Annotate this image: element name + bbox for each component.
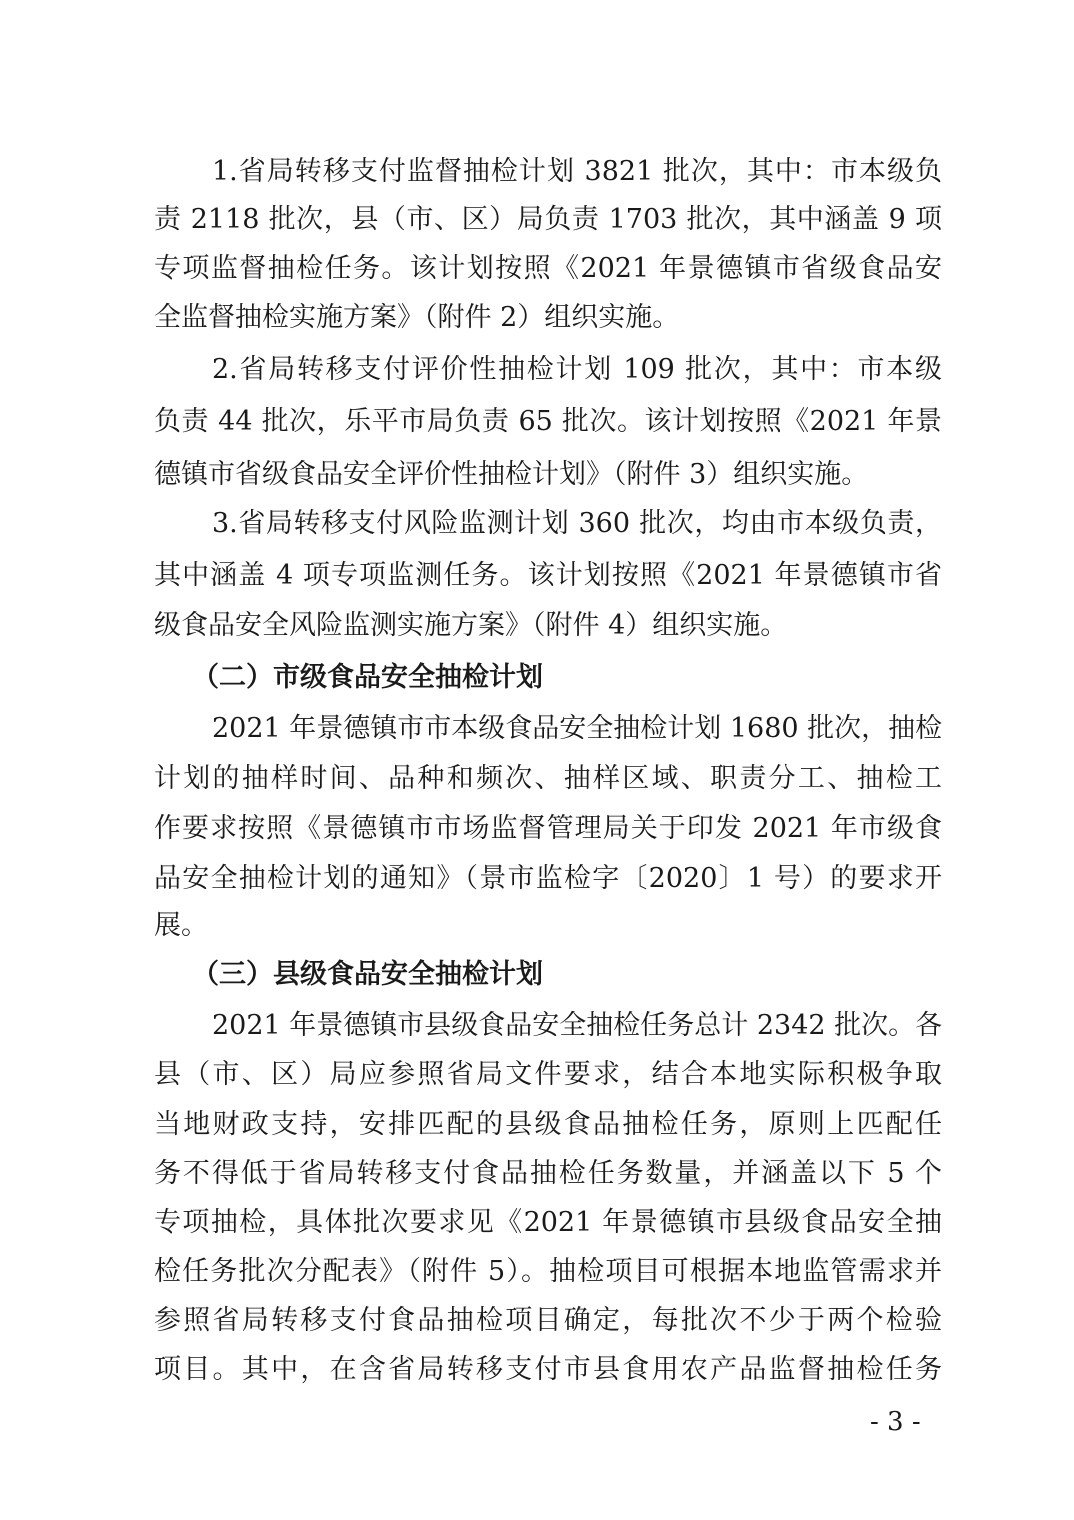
paragraph-line: 务不得低于省局转移支付食品抽检任务数量，并涵盖以下 5 个 xyxy=(154,1154,942,1194)
paragraph-line: 责 2118 批次，县（市、区）局负责 1703 批次，其中涵盖 9 项 xyxy=(154,200,942,240)
paragraph-line: 1.省局转移支付监督抽检计划 3821 批次，其中：市本级负 xyxy=(212,152,942,192)
paragraph-line: 检任务批次分配表》（附件 5）。抽检项目可根据本地监管需求并 xyxy=(154,1252,942,1292)
paragraph-line: 2.省局转移支付评价性抽检计划 109 批次，其中：市本级 xyxy=(212,350,942,390)
paragraph-line: 德镇市省级食品安全评价性抽检计划》（附件 3）组织实施。 xyxy=(154,455,942,495)
paragraph-line: 当地财政支持，安排匹配的县级食品抽检任务，原则上匹配任 xyxy=(154,1105,942,1145)
paragraph-line: 2021 年景德镇市县级食品安全抽检任务总计 2342 批次。各 xyxy=(212,1006,942,1046)
paragraph-line: 3.省局转移支付风险监测计划 360 批次，均由市本级负责， xyxy=(212,504,942,544)
paragraph-line: 品安全抽检计划的通知》（景市监检字〔2020〕1 号）的要求开 xyxy=(154,859,942,899)
paragraph-line: 级食品安全风险监测实施方案》（附件 4）组织实施。 xyxy=(154,606,942,646)
paragraph-line: 专项抽检，具体批次要求见《2021 年景德镇市县级食品安全抽 xyxy=(154,1203,942,1243)
paragraph-line: 展。 xyxy=(154,906,942,946)
document-page: 1.省局转移支付监督抽检计划 3821 批次，其中：市本级负 责 2118 批次… xyxy=(0,0,1074,1520)
paragraph-line: 其中涵盖 4 项专项监测任务。该计划按照《2021 年景德镇市省 xyxy=(154,556,942,596)
paragraph-line: 负责 44 批次，乐平市局负责 65 批次。该计划按照《2021 年景 xyxy=(154,402,942,442)
section-heading: （二）市级食品安全抽检计划 xyxy=(192,658,543,698)
paragraph-line: 2021 年景德镇市市本级食品安全抽检计划 1680 批次，抽检 xyxy=(212,709,942,749)
paragraph-line: 县（市、区）局应参照省局文件要求，结合本地实际积极争取 xyxy=(154,1055,942,1095)
section-heading: （三）县级食品安全抽检计划 xyxy=(192,955,543,995)
paragraph-line: 项目。其中，在含省局转移支付市县食用农产品监督抽检任务 xyxy=(154,1350,942,1390)
page-number: - 3 - xyxy=(870,1404,921,1440)
paragraph-line: 参照省局转移支付食品抽检项目确定，每批次不少于两个检验 xyxy=(154,1301,942,1341)
paragraph-line: 计划的抽样时间、品种和频次、抽样区域、职责分工、抽检工 xyxy=(154,759,942,799)
paragraph-line: 全监督抽检实施方案》（附件 2）组织实施。 xyxy=(154,298,942,338)
paragraph-line: 作要求按照《景德镇市市场监督管理局关于印发 2021 年市级食 xyxy=(154,809,942,849)
paragraph-line: 专项监督抽检任务。该计划按照《2021 年景德镇市省级食品安 xyxy=(154,249,942,289)
